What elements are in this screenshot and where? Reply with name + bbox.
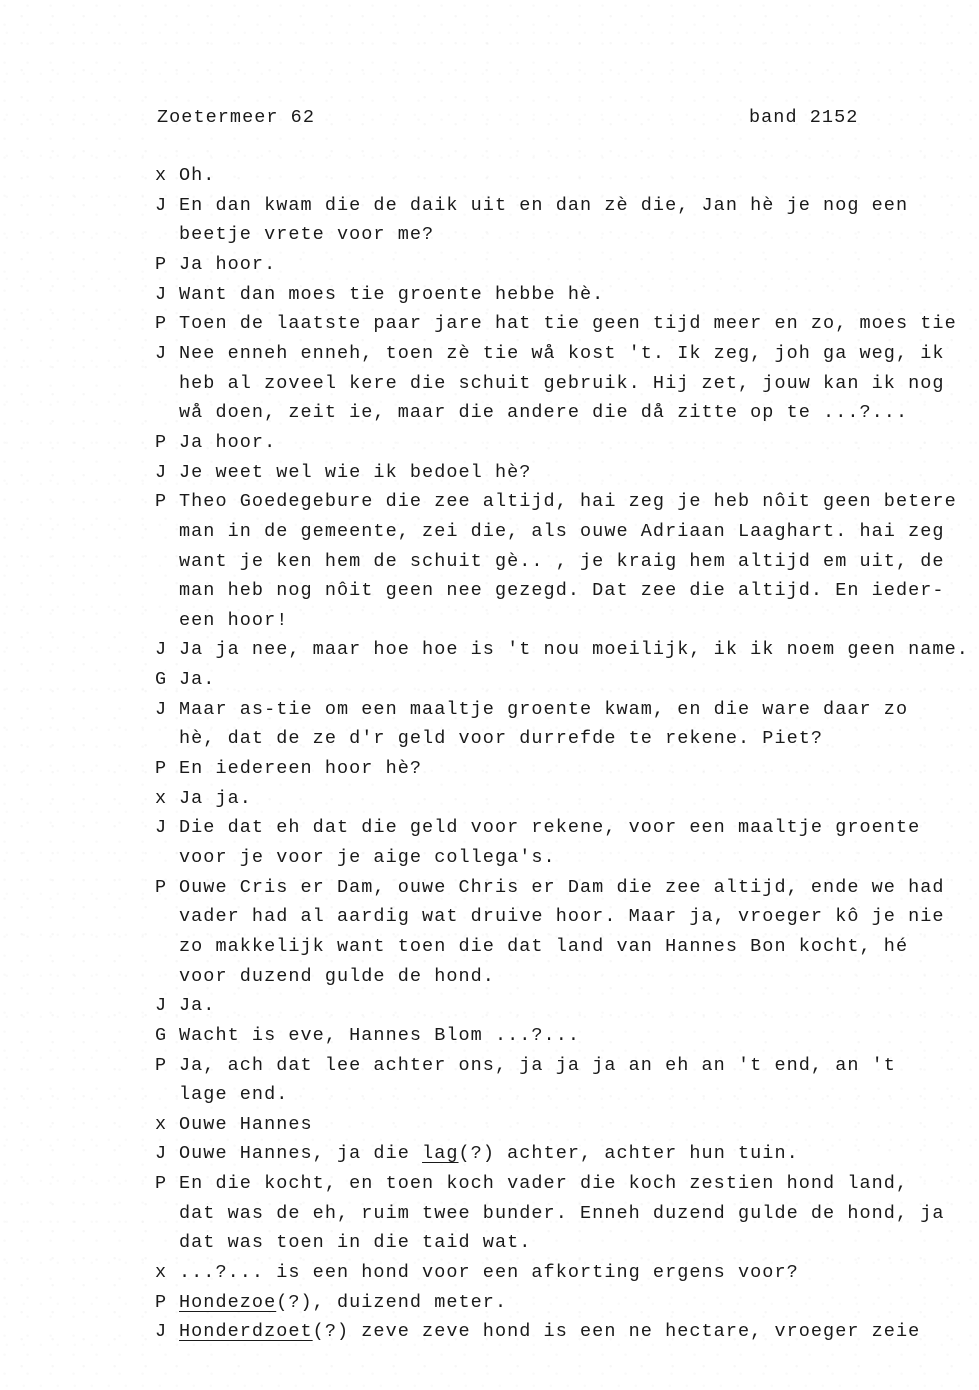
transcript-line: man in de gemeente, zei die, als ouwe Ad… [155, 519, 945, 545]
transcript-line: x...?... is een hond voor een afkorting … [155, 1260, 799, 1286]
speaker-label: P [155, 489, 179, 515]
transcript-line: JJa ja nee, maar hoe hoe is 't nou moeil… [155, 637, 969, 663]
speaker-label: J [155, 341, 179, 367]
line-text: Ouwe Hannes [179, 1114, 313, 1135]
speaker-label: x [155, 163, 179, 189]
line-text: (?) achter, achter hun tuin. [459, 1143, 799, 1164]
line-text: En dan kwam die de daik uit en dan zè di… [179, 195, 908, 216]
line-text: En iedereen hoor hè? [179, 758, 422, 779]
line-text: Maar as-tie om een maaltje groente kwam,… [179, 699, 908, 720]
line-text: Ja hoor. [179, 254, 276, 275]
transcript-line: xOuwe Hannes [155, 1112, 313, 1138]
transcript-line: een hoor! [155, 608, 288, 634]
line-text: Ja ja. [179, 788, 252, 809]
speaker-label: x [155, 786, 179, 812]
speaker-label: P [155, 875, 179, 901]
line-text: (?) zeve zeve hond is een ne hectare, vr… [313, 1321, 921, 1342]
line-text: dat was toen in die taid wat. [179, 1232, 531, 1253]
speaker-label: P [155, 311, 179, 337]
transcript-line: GWacht is eve, Hannes Blom ...?... [155, 1023, 580, 1049]
speaker-label: P [155, 1290, 179, 1316]
transcript-line: PTheo Goedegebure die zee altijd, hai ze… [155, 489, 957, 515]
transcript-line: POuwe Cris er Dam, ouwe Chris er Dam die… [155, 875, 945, 901]
line-text: Wacht is eve, Hannes Blom ...?... [179, 1025, 580, 1046]
speaker-label: J [155, 193, 179, 219]
speaker-label: J [155, 282, 179, 308]
line-text: ...?... is een hond voor een afkorting e… [179, 1262, 799, 1283]
transcript-line: JJa. [155, 993, 215, 1019]
speaker-label: G [155, 1023, 179, 1049]
line-text: Ja hoor. [179, 432, 276, 453]
line-text: Ja. [179, 669, 215, 690]
transcript-line: man heb nog nôit geen nee gezegd. Dat ze… [155, 578, 945, 604]
transcript-line: voor je voor je aige collega's. [155, 845, 556, 871]
line-text: vader had al aardig wat druive hoor. Maa… [179, 906, 945, 927]
transcript-line: PJa, ach dat lee achter ons, ja ja ja an… [155, 1053, 896, 1079]
transcript-line: JOuwe Hannes, ja die lag(?) achter, acht… [155, 1141, 799, 1167]
speaker-label: x [155, 1112, 179, 1138]
transcript-line: xJa ja. [155, 786, 252, 812]
speaker-label: J [155, 460, 179, 486]
speaker-label: J [155, 993, 179, 1019]
transcript-line: dat was de eh, ruim twee bunder. Enneh d… [155, 1201, 945, 1227]
line-text: man heb nog nôit geen nee gezegd. Dat ze… [179, 580, 945, 601]
transcript-line: JWant dan moes tie groente hebbe hè. [155, 282, 604, 308]
line-text: man in de gemeente, zei die, als ouwe Ad… [179, 521, 945, 542]
line-text: wå doen, zeit ie, maar die andere die då… [179, 402, 908, 423]
speaker-label: P [155, 1053, 179, 1079]
transcript-line: PHondezoe(?), duizend meter. [155, 1290, 507, 1316]
line-text: Oh. [179, 165, 215, 186]
speaker-label: P [155, 1171, 179, 1197]
transcript-line: wå doen, zeit ie, maar die andere die då… [155, 400, 908, 426]
transcript-line: want je ken hem de schuit gè.. , je krai… [155, 549, 945, 575]
transcript-line: beetje vrete voor me? [155, 222, 434, 248]
line-text: zo makkelijk want toen die dat land van … [179, 936, 908, 957]
transcript-line: JNee enneh enneh, toen zè tie wå kost 't… [155, 341, 945, 367]
line-text: een hoor! [179, 610, 288, 631]
transcript-line: hè, dat de ze d'r geld voor durrefde te … [155, 726, 823, 752]
tape-number-header: band 2152 [749, 106, 858, 130]
line-text: Ja. [179, 995, 215, 1016]
transcript-line: JHonderdzoet(?) zeve zeve hond is een ne… [155, 1319, 920, 1345]
underlined-word: Hondezoe [179, 1292, 276, 1313]
speaker-label: G [155, 667, 179, 693]
transcript-line: PEn iedereen hoor hè? [155, 756, 422, 782]
transcript-line: lage end. [155, 1082, 288, 1108]
speaker-label: P [155, 252, 179, 278]
line-text: voor duzend gulde de hond. [179, 966, 495, 987]
line-text: dat was de eh, ruim twee bunder. Enneh d… [179, 1203, 945, 1224]
transcript-line: PJa hoor. [155, 252, 276, 278]
transcript-line: JDie dat eh dat die geld voor rekene, vo… [155, 815, 920, 841]
line-text: Nee enneh enneh, toen zè tie wå kost 't.… [179, 343, 945, 364]
line-text: Theo Goedegebure die zee altijd, hai zeg… [179, 491, 957, 512]
line-text: heb al zoveel kere die schuit gebruik. H… [179, 373, 945, 394]
transcript-line: JJe weet wel wie ik bedoel hè? [155, 460, 531, 486]
line-text: (?), duizend meter. [276, 1292, 507, 1313]
line-text: hè, dat de ze d'r geld voor durrefde te … [179, 728, 823, 749]
transcript-line: vader had al aardig wat druive hoor. Maa… [155, 904, 945, 930]
line-text: Ja, ach dat lee achter ons, ja ja ja an … [179, 1055, 896, 1076]
transcript-line: heb al zoveel kere die schuit gebruik. H… [155, 371, 945, 397]
transcript-line: voor duzend gulde de hond. [155, 964, 495, 990]
underlined-word: Honderdzoet [179, 1321, 313, 1342]
speaker-label: J [155, 1141, 179, 1167]
transcript-line: zo makkelijk want toen die dat land van … [155, 934, 908, 960]
typewritten-transcript-page: Zoetermeer 62 band 2152 xOh.JEn dan kwam… [0, 0, 979, 1390]
speaker-label: J [155, 637, 179, 663]
transcript-line: dat was toen in die taid wat. [155, 1230, 531, 1256]
line-text: Je weet wel wie ik bedoel hè? [179, 462, 531, 483]
transcript-line: GJa. [155, 667, 215, 693]
line-text: beetje vrete voor me? [179, 224, 434, 245]
line-text: voor je voor je aige collega's. [179, 847, 556, 868]
speaker-label: P [155, 430, 179, 456]
line-text: Want dan moes tie groente hebbe hè. [179, 284, 604, 305]
speaker-label: J [155, 697, 179, 723]
underlined-word: lag [422, 1143, 458, 1164]
line-text: Ouwe Cris er Dam, ouwe Chris er Dam die … [179, 877, 945, 898]
location-header: Zoetermeer 62 [157, 106, 315, 130]
transcript-line: PJa hoor. [155, 430, 276, 456]
line-text: want je ken hem de schuit gè.. , je krai… [179, 551, 945, 572]
line-text: Die dat eh dat die geld voor rekene, voo… [179, 817, 920, 838]
transcript-line: JEn dan kwam die de daik uit en dan zè d… [155, 193, 908, 219]
line-text: Ja ja nee, maar hoe hoe is 't nou moeili… [179, 639, 969, 660]
transcript-line: xOh. [155, 163, 215, 189]
transcript-line: PToen de laatste paar jare hat tie geen … [155, 311, 957, 337]
speaker-label: J [155, 1319, 179, 1345]
speaker-label: P [155, 756, 179, 782]
line-text-prefix: Ouwe Hannes, ja die [179, 1143, 422, 1164]
transcript-line: PEn die kocht, en toen koch vader die ko… [155, 1171, 908, 1197]
speaker-label: x [155, 1260, 179, 1286]
line-text: lage end. [179, 1084, 288, 1105]
transcript-line: JMaar as-tie om een maaltje groente kwam… [155, 697, 908, 723]
speaker-label: J [155, 815, 179, 841]
line-text: En die kocht, en toen koch vader die koc… [179, 1173, 908, 1194]
line-text: Toen de laatste paar jare hat tie geen t… [179, 313, 957, 334]
